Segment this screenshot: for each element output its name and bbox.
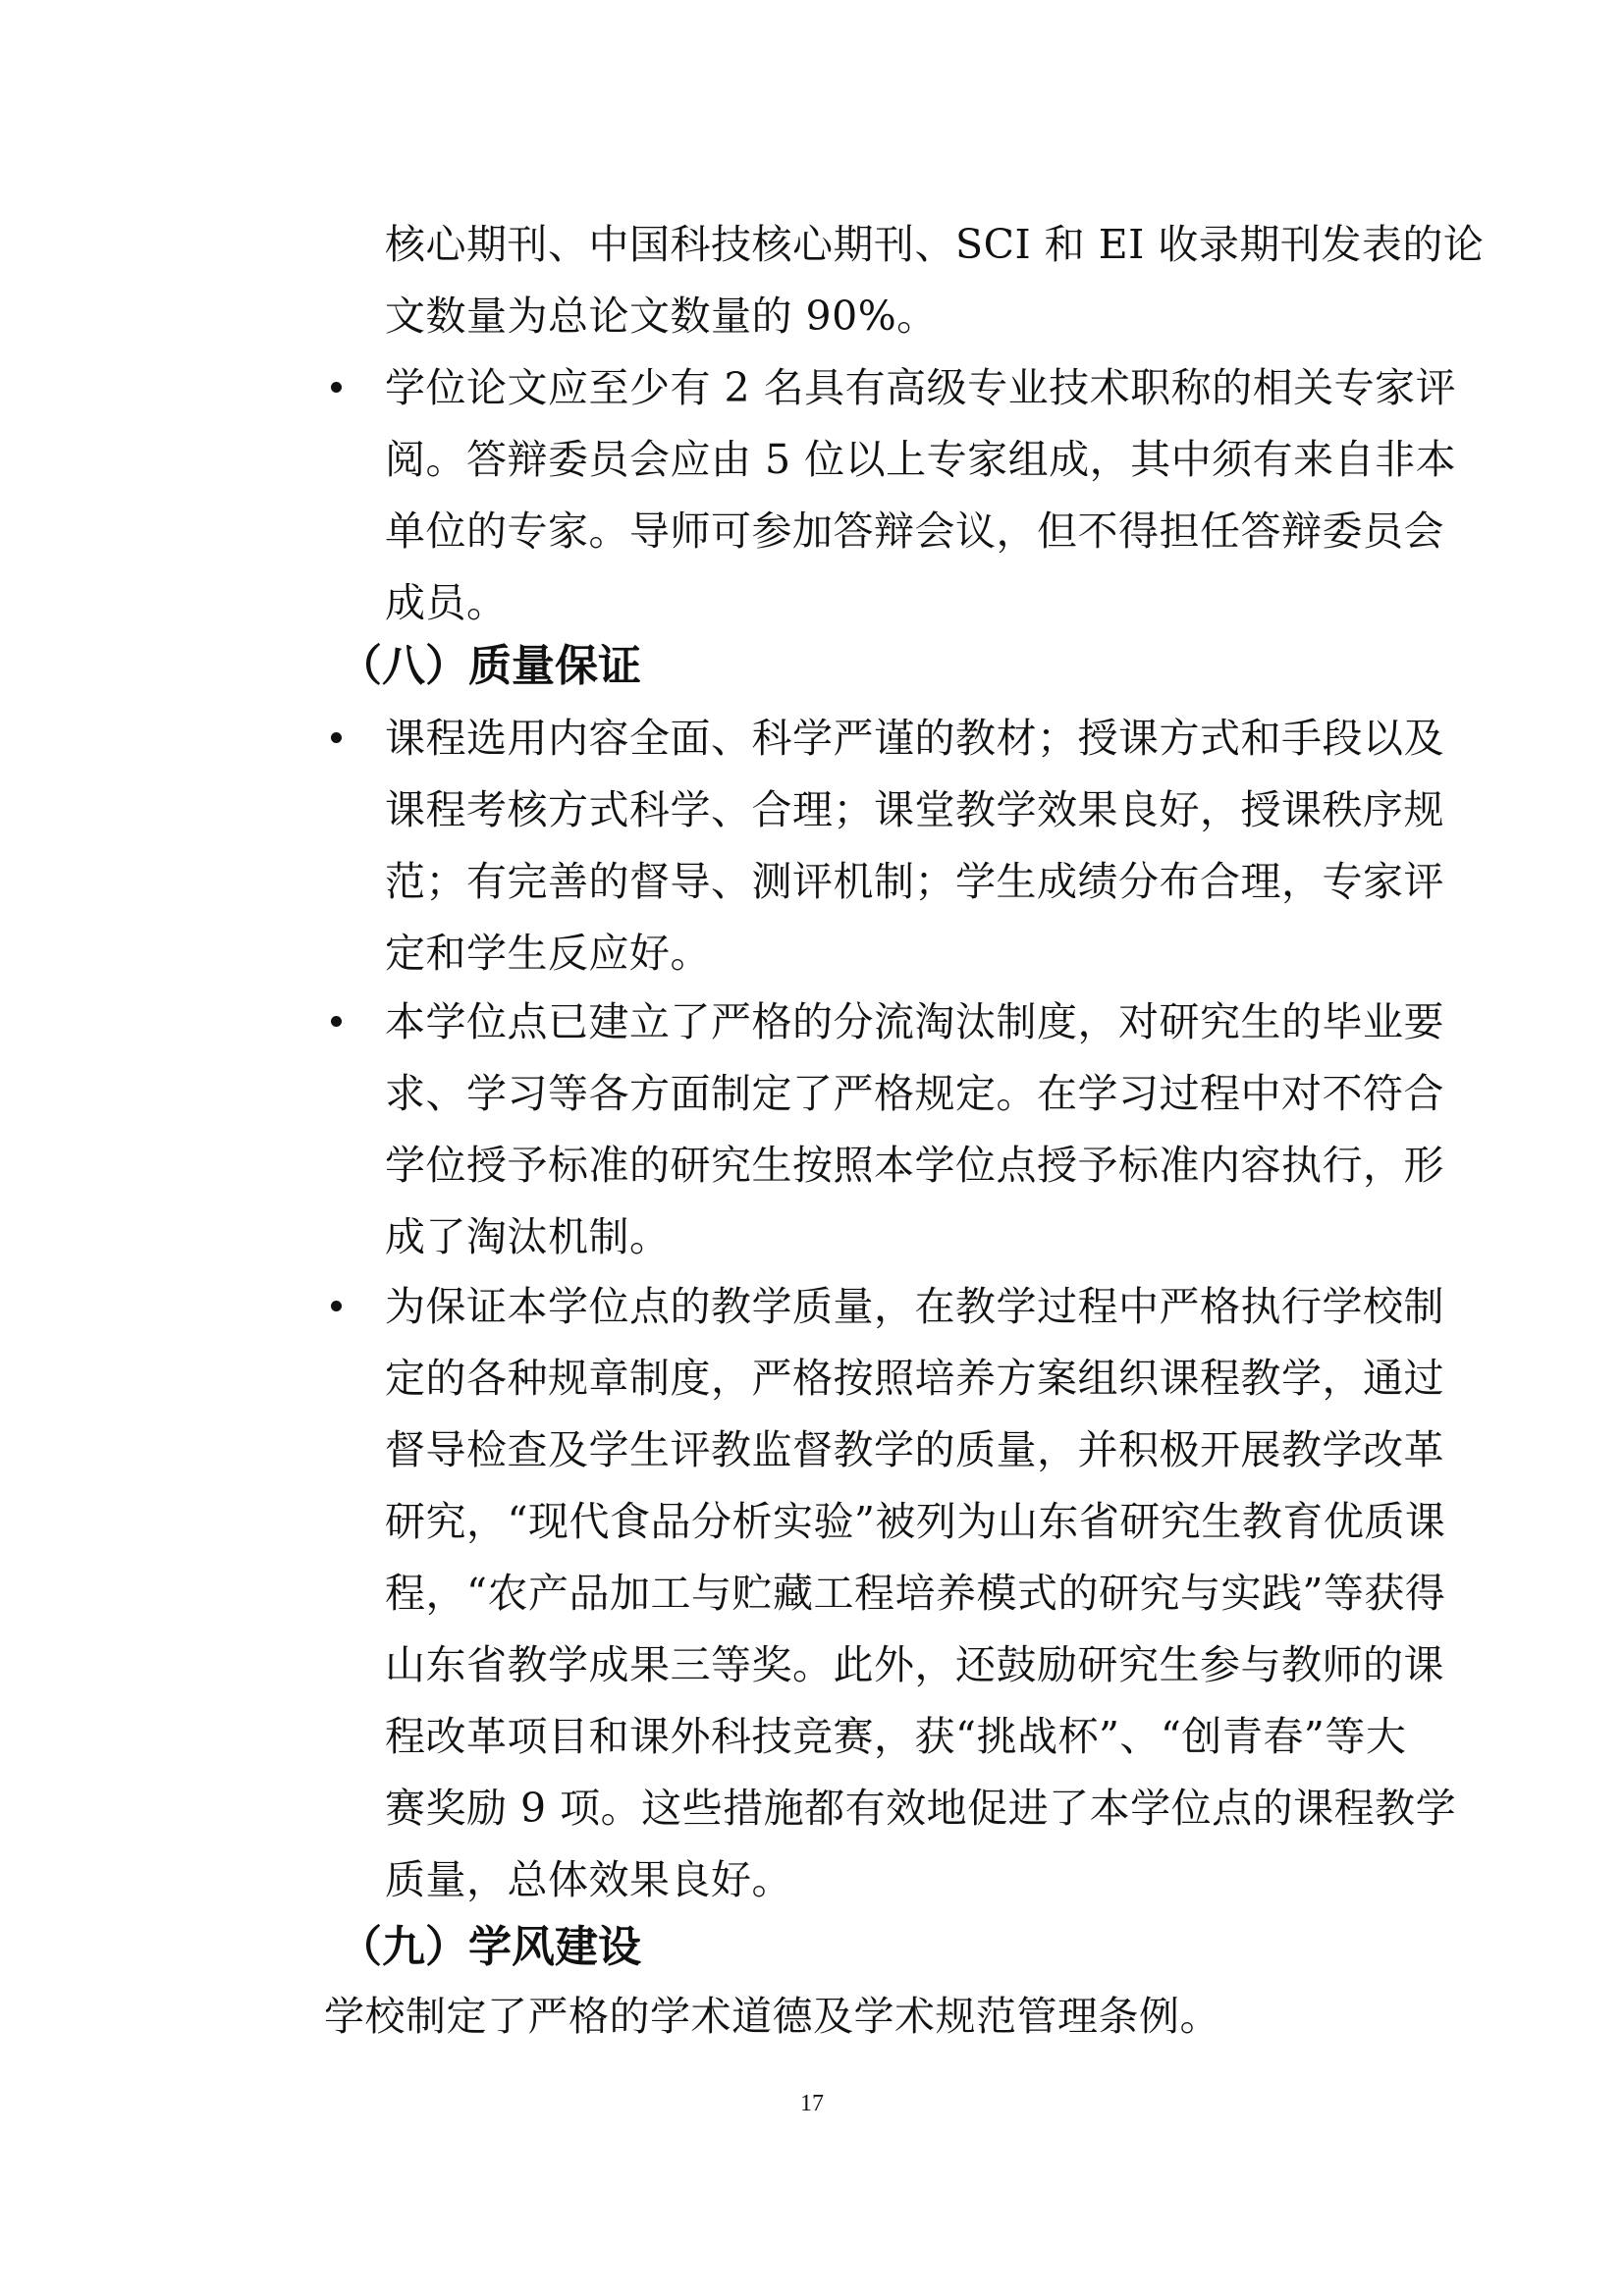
text-line: 核心期刊、中国科技核心期刊、SCI 和 EI 收录期刊发表的论	[385, 209, 1386, 281]
text-line: 求、学习等各方面制定了严格规定。在学习过程中对不符合	[385, 1058, 1386, 1130]
paragraph-academic-ethics: 学校制定了严格的学术道德及学术规范管理条例。	[324, 1981, 1220, 2053]
bullet-icon	[331, 1016, 342, 1027]
bullet-icon	[331, 382, 342, 393]
text-line: 学位授予标准的研究生按照本学位点授予标准内容执行，形	[385, 1130, 1386, 1201]
text-line: 课程选用内容全面、科学严谨的教材；授课方式和手段以及	[385, 703, 1386, 774]
text-line: 督导检查及学生评教监督教学的质量，并积极开展教学改革	[385, 1415, 1386, 1486]
document-page: 核心期刊、中国科技核心期刊、SCI 和 EI 收录期刊发表的论 文数量为总论文数…	[0, 0, 1624, 2296]
text-line: 程，“农产品加工与贮藏工程培养模式的研究与实践”等获得	[385, 1558, 1386, 1629]
text-line: 范；有完善的督导、测评机制；学生成绩分布合理，专家评	[385, 846, 1386, 918]
text-line: 为保证本学位点的教学质量，在教学过程中严格执行学校制	[385, 1271, 1386, 1343]
text-line: 程改革项目和课外科技竞赛，获“挑战杯”、“创青春”等大	[385, 1701, 1386, 1773]
list-item-text: 学位论文应至少有 2 名具有高级专业技术职称的相关专家评 阅。答辩委员会应由 5…	[385, 352, 1386, 639]
text-line: 课程考核方式科学、合理；课堂教学效果良好，授课秩序规	[385, 774, 1386, 846]
bullet-icon	[331, 1301, 342, 1311]
text-line: 研究，“现代食品分析实验”被列为山东省研究生教育优质课	[385, 1486, 1386, 1558]
text-line: 学位论文应至少有 2 名具有高级专业技术职称的相关专家评	[385, 352, 1386, 424]
text-line: 山东省教学成果三等奖。此外，还鼓励研究生参与教师的课	[385, 1629, 1386, 1701]
text-line: 定和学生反应好。	[385, 918, 1386, 989]
text-line: 质量，总体效果良好。	[385, 1844, 1386, 1916]
section-heading-quality-assurance: （八）质量保证	[339, 630, 641, 702]
text-line: 本学位点已建立了严格的分流淘汰制度，对研究生的毕业要	[385, 987, 1386, 1058]
text-line: 定的各种规章制度，严格按照培养方案组织课程教学，通过	[385, 1343, 1386, 1415]
text-line: 单位的专家。导师可参加答辩会议，但不得担任答辩委员会	[385, 496, 1386, 567]
text-line: 成了淘汰机制。	[385, 1201, 1386, 1273]
list-item-text: 本学位点已建立了严格的分流淘汰制度，对研究生的毕业要 求、学习等各方面制定了严格…	[385, 987, 1386, 1273]
text-line: 文数量为总论文数量的 90%。	[385, 281, 1386, 352]
text-line: 成员。	[385, 567, 1386, 639]
page-number: 17	[0, 2091, 1624, 2117]
text-line: 赛奖励 9 项。这些措施都有效地促进了本学位点的课程教学	[385, 1773, 1386, 1844]
text-line: 阅。答辩委员会应由 5 位以上专家组成，其中须有来自非本	[385, 424, 1386, 496]
continued-paragraph: 核心期刊、中国科技核心期刊、SCI 和 EI 收录期刊发表的论 文数量为总论文数…	[385, 209, 1386, 352]
list-item-text: 为保证本学位点的教学质量，在教学过程中严格执行学校制 定的各种规章制度，严格按照…	[385, 1271, 1386, 1916]
section-heading-academic-style: （九）学风建设	[339, 1911, 641, 1983]
bullet-icon	[331, 732, 342, 743]
list-item-text: 课程选用内容全面、科学严谨的教材；授课方式和手段以及 课程考核方式科学、合理；课…	[385, 703, 1386, 989]
